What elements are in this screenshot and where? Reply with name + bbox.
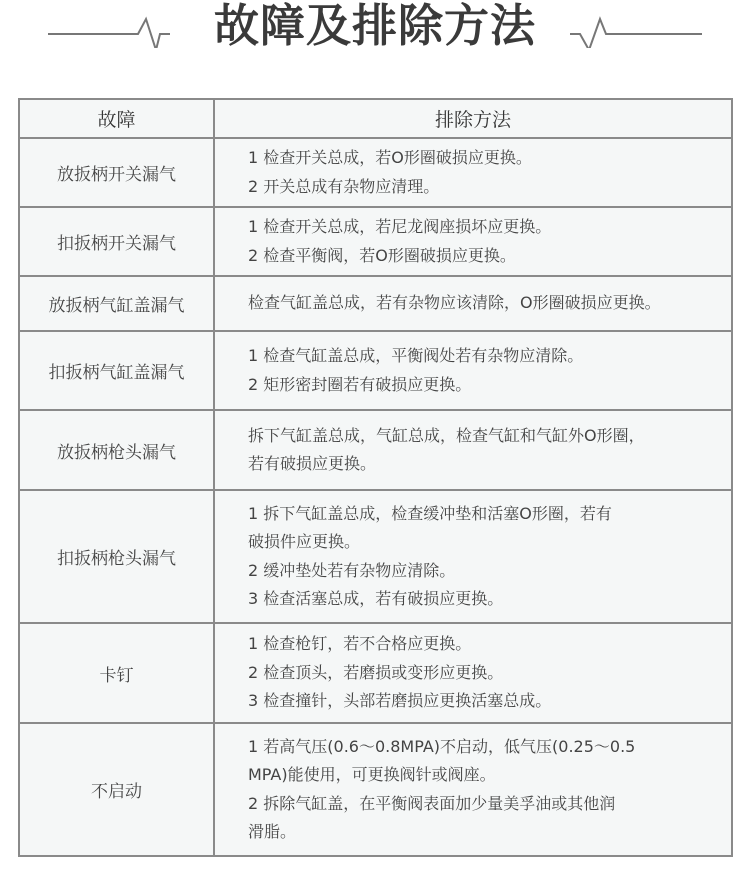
method-line: MPA)能使用，可更换阀针或阀座。 — [248, 761, 727, 790]
column-header-fault: 故障 — [19, 99, 214, 138]
fault-cell: 扣扳柄枪头漏气 — [19, 490, 214, 623]
table-header-row: 故障 排除方法 — [19, 99, 732, 138]
column-header-method: 排除方法 — [214, 99, 732, 138]
heartbeat-line-icon — [564, 8, 704, 48]
method-cell: 1 检查气缸盖总成，平衡阀处若有杂物应清除。 2 矩形密封圈若有破损应更换。 — [214, 331, 732, 410]
fault-cell: 扣扳柄开关漏气 — [19, 207, 214, 276]
fault-troubleshooting-table: 故障 排除方法 放扳柄开关漏气 1 检查开关总成，若O形圈破损应更换。 2 开关… — [18, 98, 733, 857]
method-cell: 拆下气缸盖总成，气缸总成，检查气缸和气缸外O形圈， 若有破损应更换。 — [214, 410, 732, 490]
method-line: 1 检查枪钉，若不合格应更换。 — [248, 630, 727, 659]
table-row: 扣扳柄枪头漏气 1 拆下气缸盖总成，检查缓冲垫和活塞O形圈，若有 破损件应更换。… — [19, 490, 732, 623]
method-line: 1 检查开关总成，若尼龙阀座损坏应更换。 — [248, 213, 727, 242]
fault-cell: 卡钉 — [19, 623, 214, 723]
table-body: 放扳柄开关漏气 1 检查开关总成，若O形圈破损应更换。 2 开关总成有杂物应清理… — [19, 138, 732, 856]
method-line: 2 开关总成有杂物应清理。 — [248, 173, 727, 202]
method-line: 2 检查顶头，若磨损或变形应更换。 — [248, 659, 727, 688]
method-line: 2 缓冲垫处若有杂物应清除。 — [248, 557, 727, 586]
method-line: 1 若高气压(0.6～0.8MPA)不启动，低气压(0.25～0.5 — [248, 733, 727, 762]
method-line: 拆下气缸盖总成，气缸总成，检查气缸和气缸外O形圈， — [248, 422, 727, 451]
method-cell: 1 检查开关总成，若尼龙阀座损坏应更换。 2 检查平衡阀，若O形圈破损应更换。 — [214, 207, 732, 276]
fault-cell: 不启动 — [19, 723, 214, 856]
table-row: 卡钉 1 检查枪钉，若不合格应更换。 2 检查顶头，若磨损或变形应更换。 3 检… — [19, 623, 732, 723]
table-row: 扣扳柄气缸盖漏气 1 检查气缸盖总成，平衡阀处若有杂物应清除。 2 矩形密封圈若… — [19, 331, 732, 410]
method-cell: 1 检查开关总成，若O形圈破损应更换。 2 开关总成有杂物应清理。 — [214, 138, 732, 207]
table-row: 放扳柄气缸盖漏气 检查气缸盖总成，若有杂物应该清除，O形圈破损应更换。 — [19, 276, 732, 331]
method-line: 3 检查活塞总成，若有破损应更换。 — [248, 585, 727, 614]
page-header: 故障及排除方法 — [0, 0, 750, 60]
method-line: 滑脂。 — [248, 818, 727, 847]
fault-cell: 放扳柄气缸盖漏气 — [19, 276, 214, 331]
method-line: 3 检查撞针，头部若磨损应更换活塞总成。 — [248, 687, 727, 716]
method-line: 若有破损应更换。 — [248, 450, 727, 479]
method-line: 检查气缸盖总成，若有杂物应该清除，O形圈破损应更换。 — [248, 289, 727, 318]
method-cell: 检查气缸盖总成，若有杂物应该清除，O形圈破损应更换。 — [214, 276, 732, 331]
table-row: 不启动 1 若高气压(0.6～0.8MPA)不启动，低气压(0.25～0.5 M… — [19, 723, 732, 856]
table-row: 放扳柄枪头漏气 拆下气缸盖总成，气缸总成，检查气缸和气缸外O形圈， 若有破损应更… — [19, 410, 732, 490]
table-row: 扣扳柄开关漏气 1 检查开关总成，若尼龙阀座损坏应更换。 2 检查平衡阀，若O形… — [19, 207, 732, 276]
method-line: 2 拆除气缸盖，在平衡阀表面加少量美孚油或其他润 — [248, 790, 727, 819]
method-line: 2 矩形密封圈若有破损应更换。 — [248, 371, 727, 400]
fault-cell: 放扳柄开关漏气 — [19, 138, 214, 207]
method-cell: 1 拆下气缸盖总成，检查缓冲垫和活塞O形圈，若有 破损件应更换。 2 缓冲垫处若… — [214, 490, 732, 623]
fault-cell: 放扳柄枪头漏气 — [19, 410, 214, 490]
method-line: 1 拆下气缸盖总成，检查缓冲垫和活塞O形圈，若有 — [248, 500, 727, 529]
method-line: 2 检查平衡阀，若O形圈破损应更换。 — [248, 242, 727, 271]
method-cell: 1 若高气压(0.6～0.8MPA)不启动，低气压(0.25～0.5 MPA)能… — [214, 723, 732, 856]
method-line: 破损件应更换。 — [248, 528, 727, 557]
method-line: 1 检查气缸盖总成，平衡阀处若有杂物应清除。 — [248, 342, 727, 371]
method-line: 1 检查开关总成，若O形圈破损应更换。 — [248, 144, 727, 173]
method-cell: 1 检查枪钉，若不合格应更换。 2 检查顶头，若磨损或变形应更换。 3 检查撞针… — [214, 623, 732, 723]
fault-cell: 扣扳柄气缸盖漏气 — [19, 331, 214, 410]
table-row: 放扳柄开关漏气 1 检查开关总成，若O形圈破损应更换。 2 开关总成有杂物应清理… — [19, 138, 732, 207]
